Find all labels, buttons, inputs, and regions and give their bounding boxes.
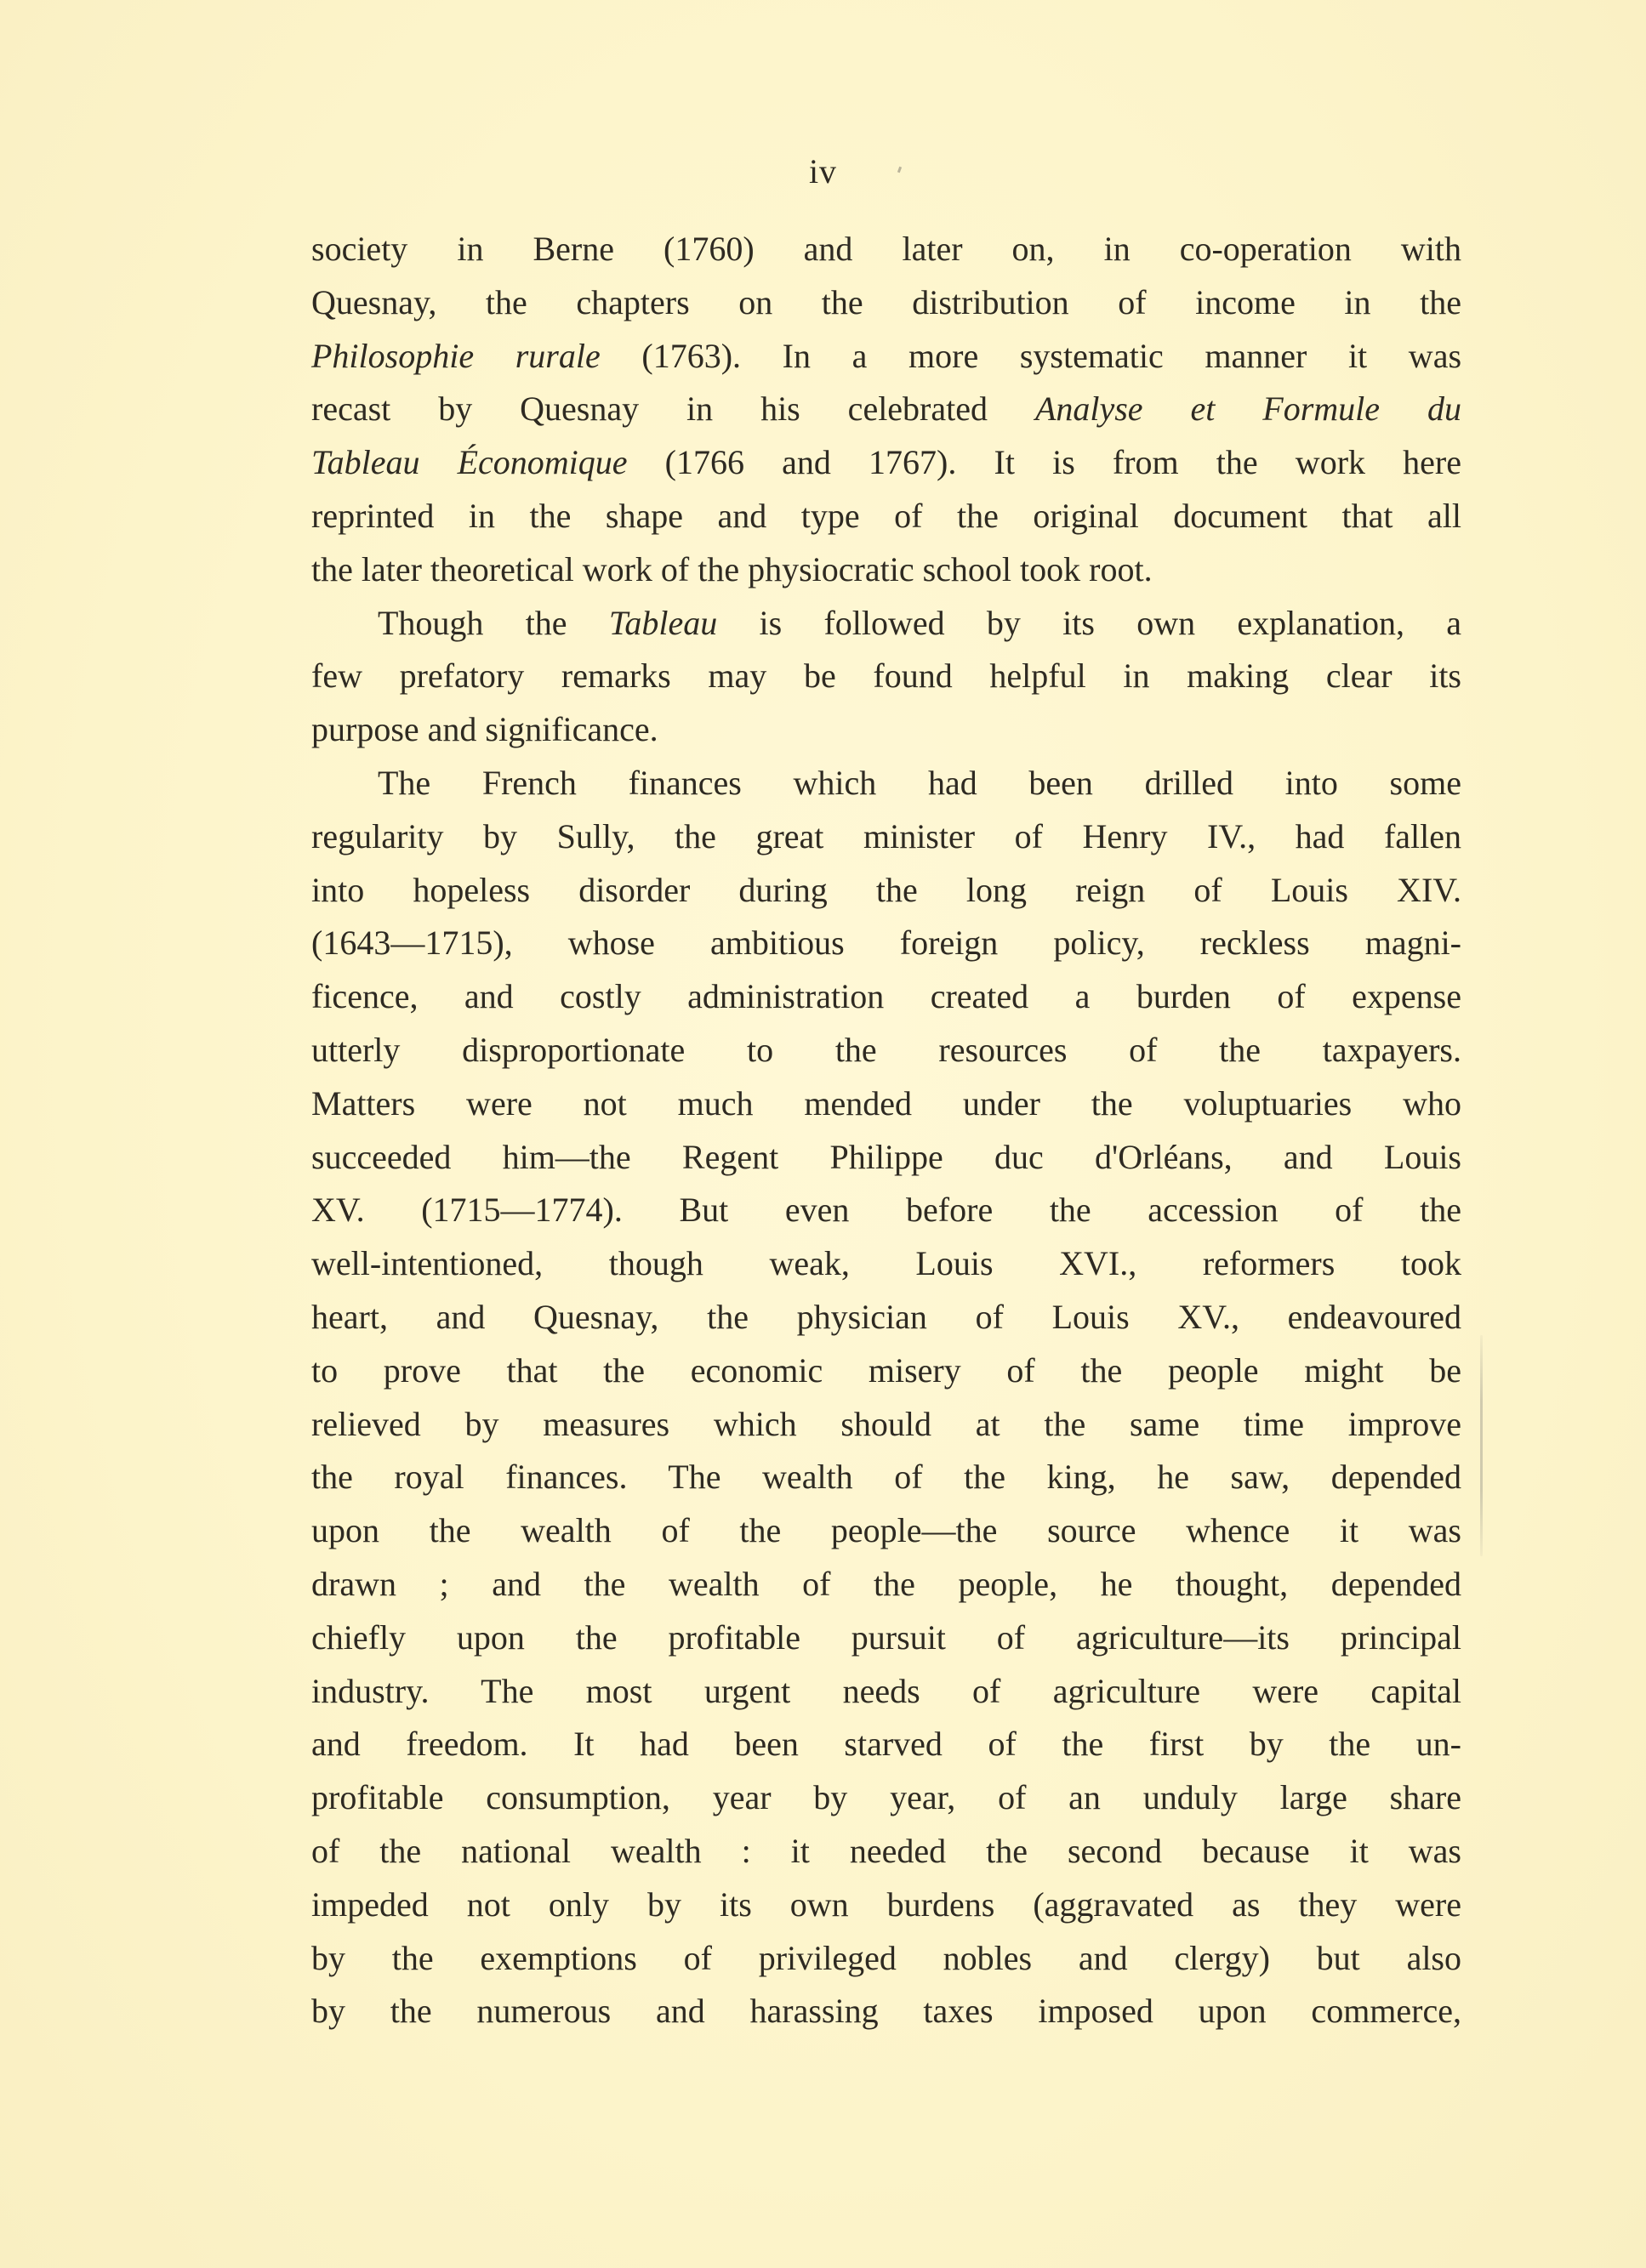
text-line: into hopeless disorder during the long r… bbox=[311, 864, 1461, 918]
text-segment: (1763). In a more systematic manner it w… bbox=[601, 337, 1461, 375]
text-segment: succeeded him—the Regent Philippe duc d'… bbox=[311, 1138, 1461, 1176]
italic-title: Tableau bbox=[609, 604, 717, 642]
text-segment: to prove that the economic misery of the… bbox=[311, 1351, 1461, 1390]
text-segment: drawn ; and the wealth of the people, he… bbox=[311, 1565, 1461, 1603]
text-line: drawn ; and the wealth of the people, he… bbox=[311, 1558, 1461, 1611]
text-line: by the numerous and harassing taxes impo… bbox=[311, 1985, 1461, 2038]
text-line: heart, and Quesnay, the physician of Lou… bbox=[311, 1291, 1461, 1344]
text-segment: recast by Quesnay in his celebrated bbox=[311, 389, 1035, 428]
text-line: The French finances which had been drill… bbox=[311, 757, 1461, 810]
text-segment: heart, and Quesnay, the physician of Lou… bbox=[311, 1298, 1461, 1336]
text-line: and freedom. It had been starved of the … bbox=[311, 1718, 1461, 1771]
text-line: (1643—1715), whose ambitious foreign pol… bbox=[311, 917, 1461, 970]
text-line: impeded not only by its own burdens (agg… bbox=[311, 1879, 1461, 1932]
text-segment: ficence, and costly administration creat… bbox=[311, 977, 1461, 1015]
page-number: iv bbox=[0, 151, 1646, 191]
text-segment: into hopeless disorder during the long r… bbox=[311, 871, 1461, 909]
text-segment: few prefatory remarks may be found helpf… bbox=[311, 657, 1461, 695]
text-segment: is followed by its own explanation, a bbox=[717, 604, 1461, 642]
text-line: Though the Tableau is followed by its ow… bbox=[311, 597, 1461, 651]
text-line: Tableau Économique (1766 and 1767). It i… bbox=[311, 436, 1461, 490]
text-segment: upon the wealth of the people—the source… bbox=[311, 1511, 1461, 1549]
text-segment: society in Berne (1760) and later on, in… bbox=[311, 230, 1461, 268]
text-segment: utterly disproportionate to the resource… bbox=[311, 1031, 1461, 1069]
text-segment: (1643—1715), whose ambitious foreign pol… bbox=[311, 924, 1461, 962]
text-segment: well-intentioned, though weak, Louis XVI… bbox=[311, 1244, 1461, 1282]
text-segment: purpose and significance. bbox=[311, 710, 658, 748]
italic-title: Philosophie rurale bbox=[311, 337, 601, 375]
text-line: profitable consumption, year by year, of… bbox=[311, 1771, 1461, 1825]
text-line: Matters were not much mended under the v… bbox=[311, 1077, 1461, 1131]
text-line: Quesnay, the chapters on the distributio… bbox=[311, 276, 1461, 330]
text-line: chiefly upon the profitable pursuit of a… bbox=[311, 1611, 1461, 1665]
body-text: society in Berne (1760) and later on, in… bbox=[311, 223, 1461, 2038]
text-line: the royal finances. The wealth of the ki… bbox=[311, 1451, 1461, 1504]
text-line: purpose and significance. bbox=[311, 703, 1461, 757]
text-line: the later theoretical work of the physio… bbox=[311, 543, 1461, 597]
text-segment: reprinted in the shape and type of the o… bbox=[311, 497, 1461, 535]
text-segment: and freedom. It had been starved of the … bbox=[311, 1725, 1461, 1763]
text-line: recast by Quesnay in his celebrated Anal… bbox=[311, 383, 1461, 436]
text-line: succeeded him—the Regent Philippe duc d'… bbox=[311, 1131, 1461, 1185]
text-segment: Matters were not much mended under the v… bbox=[311, 1084, 1461, 1123]
book-page: iv society in Berne (1760) and later on,… bbox=[0, 0, 1646, 2268]
text-segment: XV. (1715—1774). But even before the acc… bbox=[311, 1191, 1461, 1229]
text-line: upon the wealth of the people—the source… bbox=[311, 1504, 1461, 1558]
text-segment: (1766 and 1767). It is from the work her… bbox=[628, 443, 1461, 481]
text-line: to prove that the economic misery of the… bbox=[311, 1344, 1461, 1398]
text-segment: by the numerous and harassing taxes impo… bbox=[311, 1992, 1461, 2030]
text-line: industry. The most urgent needs of agric… bbox=[311, 1665, 1461, 1719]
text-line: by the exemptions of privileged nobles a… bbox=[311, 1932, 1461, 1986]
text-line: ficence, and costly administration creat… bbox=[311, 970, 1461, 1024]
text-line: few prefatory remarks may be found helpf… bbox=[311, 650, 1461, 703]
text-segment: chiefly upon the profitable pursuit of a… bbox=[311, 1618, 1461, 1657]
text-line: of the national wealth : it needed the s… bbox=[311, 1825, 1461, 1879]
text-segment: Quesnay, the chapters on the distributio… bbox=[311, 283, 1461, 321]
text-segment: the royal finances. The wealth of the ki… bbox=[311, 1458, 1461, 1496]
text-segment: Though the bbox=[378, 604, 609, 642]
text-segment: regularity by Sully, the great minister … bbox=[311, 817, 1461, 855]
text-segment: The French finances which had been drill… bbox=[378, 764, 1461, 802]
text-line: relieved by measures which should at the… bbox=[311, 1398, 1461, 1452]
italic-title: Analyse et Formule du bbox=[1035, 389, 1461, 428]
text-line: XV. (1715—1774). But even before the acc… bbox=[311, 1184, 1461, 1237]
text-line: society in Berne (1760) and later on, in… bbox=[311, 223, 1461, 276]
text-line: utterly disproportionate to the resource… bbox=[311, 1024, 1461, 1077]
margin-pencil-mark bbox=[1480, 1335, 1483, 1556]
text-line: regularity by Sully, the great minister … bbox=[311, 810, 1461, 864]
text-line: reprinted in the shape and type of the o… bbox=[311, 490, 1461, 543]
text-segment: the later theoretical work of the physio… bbox=[311, 550, 1153, 588]
text-segment: industry. The most urgent needs of agric… bbox=[311, 1672, 1461, 1710]
text-segment: of the national wealth : it needed the s… bbox=[311, 1832, 1461, 1870]
text-segment: by the exemptions of privileged nobles a… bbox=[311, 1939, 1461, 1977]
text-segment: impeded not only by its own burdens (agg… bbox=[311, 1885, 1461, 1924]
text-line: well-intentioned, though weak, Louis XVI… bbox=[311, 1237, 1461, 1291]
italic-title: Tableau Économique bbox=[311, 443, 628, 481]
text-segment: profitable consumption, year by year, of… bbox=[311, 1778, 1461, 1816]
text-line: Philosophie rurale (1763). In a more sys… bbox=[311, 330, 1461, 384]
text-segment: relieved by measures which should at the… bbox=[311, 1405, 1461, 1443]
